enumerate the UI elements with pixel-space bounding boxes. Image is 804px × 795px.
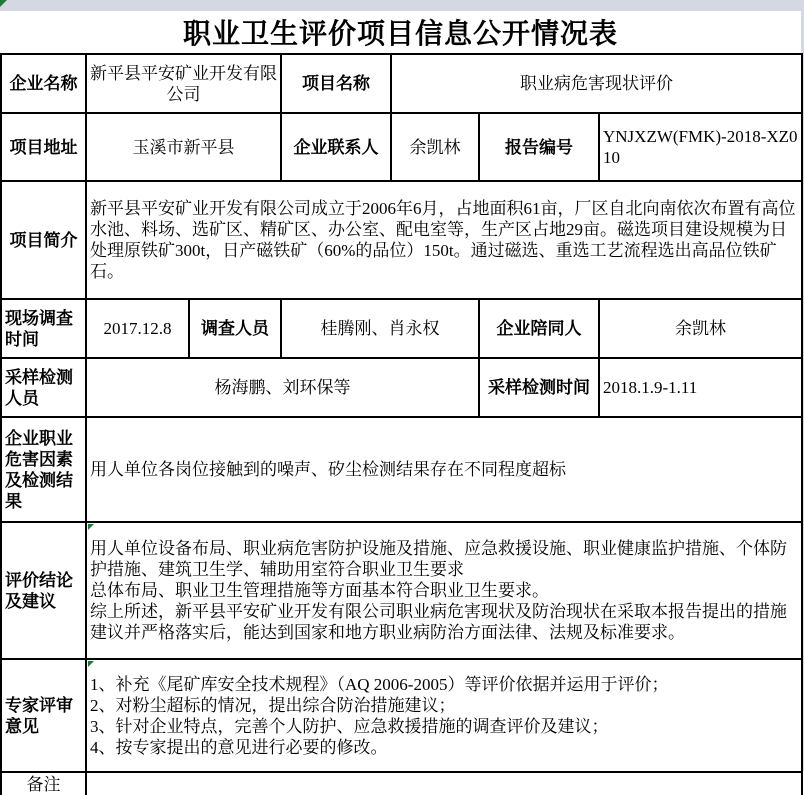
expert-review-label: 专家评审意见 (1, 659, 86, 772)
hazard-factors-label: 企业职业危害因素及检测结果 (1, 417, 86, 522)
sampling-time-value: 2018.1.9-1.11 (599, 358, 802, 417)
samplers-label: 采样检测人员 (1, 358, 86, 417)
document-page: 职业卫生评价项目信息公开情况表 企业名称 新平县平安矿业开发有限公司 项目名称 … (0, 0, 804, 795)
expert-review-value: 1、补充《尾矿库安全技术规程》（AQ 2006-2005）等评价依据并运用于评价… (86, 659, 802, 772)
project-intro-value: 新平县平安矿业开发有限公司成立于2006年6月，占地面积61亩，厂区自北向南依次… (86, 181, 802, 299)
survey-time-value: 2017.12.8 (86, 299, 189, 358)
table-row: 项目简介 新平县平安矿业开发有限公司成立于2006年6月，占地面积61亩，厂区自… (1, 181, 802, 299)
expert-review-item: 4、按专家提出的意见进行必要的修改。 (90, 737, 798, 758)
conclusion-paragraph: 综上所述，新平县平安矿业开发有限公司职业病危害现状及防治现状在采取本报告提出的措… (90, 601, 798, 643)
table-row: 项目地址 玉溪市新平县 企业联系人 余凯林 报告编号 YNJXZW(FMK)-2… (1, 113, 802, 181)
escort-label: 企业陪同人 (479, 299, 599, 358)
table-row: 采样检测人员 杨海鹏、刘环保等 采样检测时间 2018.1.9-1.11 (1, 358, 802, 417)
company-name-label: 企业名称 (1, 54, 86, 113)
report-number-value: YNJXZW(FMK)-2018-XZ010 (599, 113, 802, 181)
error-triangle-icon (0, 0, 7, 7)
table-row: 现场调查时间 2017.12.8 调查人员 桂腾刚、肖永权 企业陪同人 余凯林 (1, 299, 802, 358)
project-name-value: 职业病危害现状评价 (391, 54, 802, 113)
escort-value: 余凯林 (599, 299, 802, 358)
error-triangle-icon (88, 524, 94, 530)
company-name-value: 新平县平安矿业开发有限公司 (86, 54, 281, 113)
spreadsheet-frame-top (0, 0, 804, 11)
table-row: 企业名称 新平县平安矿业开发有限公司 项目名称 职业病危害现状评价 (1, 54, 802, 113)
table-row: 评价结论及建议 用人单位设备布局、职业病危害防护设施及措施、应急救援设施、职业健… (1, 522, 802, 659)
sampling-time-label: 采样检测时间 (479, 358, 599, 417)
project-name-label: 项目名称 (281, 54, 391, 113)
remarks-value (86, 772, 802, 795)
company-contact-label: 企业联系人 (281, 113, 391, 181)
conclusion-paragraph: 总体布局、职业卫生管理措施等方面基本符合职业卫生要求。 (90, 580, 798, 601)
survey-time-label: 现场调查时间 (1, 299, 86, 358)
hazard-factors-value: 用人单位各岗位接触到的噪声、矽尘检测结果存在不同程度超标 (86, 417, 802, 522)
expert-review-item: 3、针对企业特点，完善个人防护、应急救援措施的调查评价及建议； (90, 716, 798, 737)
info-table: 企业名称 新平县平安矿业开发有限公司 项目名称 职业病危害现状评价 项目地址 玉… (0, 53, 803, 795)
project-address-label: 项目地址 (1, 113, 86, 181)
conclusion-label: 评价结论及建议 (1, 522, 86, 659)
conclusion-paragraph: 用人单位设备布局、职业病危害防护设施及措施、应急救援设施、职业健康监护措施、个体… (90, 538, 798, 580)
remarks-label: 备注 (1, 772, 86, 795)
project-address-value: 玉溪市新平县 (86, 113, 281, 181)
expert-review-item: 1、补充《尾矿库安全技术规程》（AQ 2006-2005）等评价依据并运用于评价… (90, 674, 798, 695)
conclusion-value: 用人单位设备布局、职业病危害防护设施及措施、应急救援设施、职业健康监护措施、个体… (86, 522, 802, 659)
project-intro-label: 项目简介 (1, 181, 86, 299)
table-row: 企业职业危害因素及检测结果 用人单位各岗位接触到的噪声、矽尘检测结果存在不同程度… (1, 417, 802, 522)
report-number-label: 报告编号 (479, 113, 599, 181)
table-row: 备注 (1, 772, 802, 795)
company-contact-value: 余凯林 (391, 113, 479, 181)
error-triangle-icon (88, 661, 94, 667)
surveyors-value: 桂腾刚、肖永权 (281, 299, 479, 358)
page-title: 职业卫生评价项目信息公开情况表 (0, 11, 801, 53)
table-row: 专家评审意见 1、补充《尾矿库安全技术规程》（AQ 2006-2005）等评价依… (1, 659, 802, 772)
surveyors-label: 调查人员 (189, 299, 281, 358)
expert-review-item: 2、对粉尘超标的情况，提出综合防治措施建议； (90, 695, 798, 716)
samplers-value: 杨海鹏、刘环保等 (86, 358, 479, 417)
